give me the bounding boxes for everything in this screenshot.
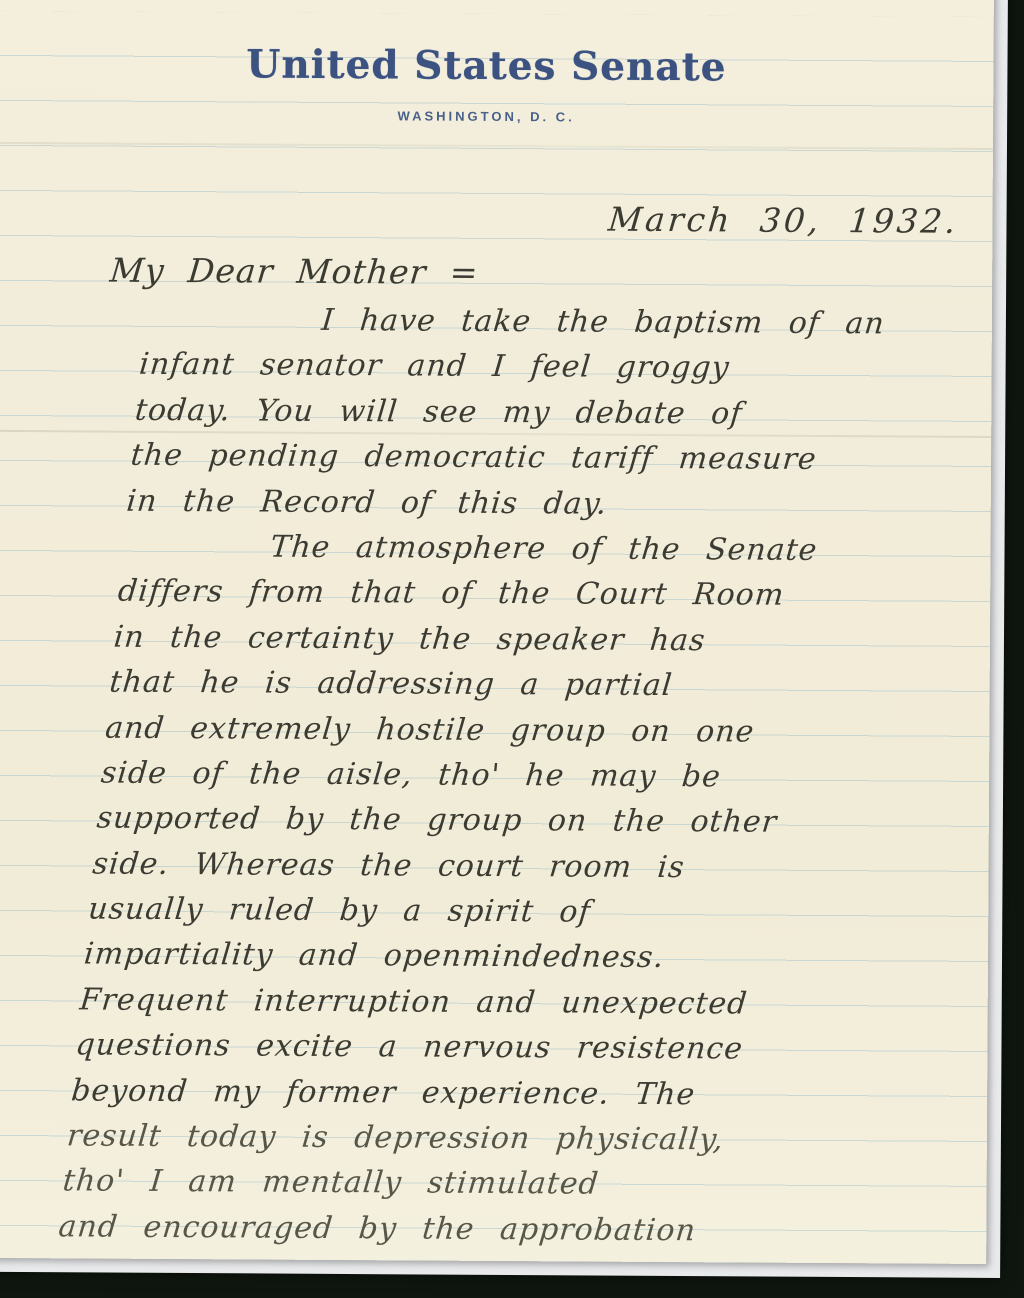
scanned-letter-photo: United States Senate WASHINGTON, D. C. M… <box>0 0 1024 1298</box>
letterhead-title: United States Senate <box>0 40 994 92</box>
handwritten-line: that he is addressing a partial <box>107 660 981 711</box>
handwritten-line: usually ruled by a spirit of <box>86 887 960 938</box>
handwritten-line: side. Whereas the court room is <box>90 841 964 892</box>
handwritten-line: infant senator and I feel groggy <box>137 342 1011 393</box>
handwritten-line: Frequent interruption and unexpected <box>78 977 952 1028</box>
handwritten-line: result today is depression physically, <box>65 1113 939 1164</box>
handwritten-line: and extremely hostile group on one <box>103 705 977 756</box>
handwritten-line: tho' I am mentally stimulated <box>61 1159 935 1210</box>
handwritten-line: today. You will see my debate of <box>133 388 1007 439</box>
handwritten-line: beyond my former experience. The <box>69 1068 943 1119</box>
handwritten-line: supported by the group on the other <box>95 796 969 847</box>
letter-paper: United States Senate WASHINGTON, D. C. M… <box>0 0 994 1264</box>
handwritten-line: I have take the baptism of an <box>141 297 1015 348</box>
handwritten-line: impartiality and openmindedness. <box>82 932 956 983</box>
handwritten-line: side of the aisle, tho' he may be <box>99 750 973 801</box>
handwritten-line: in the certainty the speaker has <box>112 614 986 665</box>
handwritten-line: the pending democratic tariff measure <box>129 433 1003 484</box>
handwritten-line: The atmosphere of the Senate <box>120 524 994 575</box>
letterhead-location: WASHINGTON, D. C. <box>0 106 993 127</box>
handwritten-line: and encouraged by the approbation <box>57 1204 931 1255</box>
paper-crease <box>0 142 993 150</box>
handwritten-line: differs from that of the Court Room <box>116 569 990 620</box>
date-line: March 30, 1932. <box>607 200 961 241</box>
letter-body: I have take the baptism of an infant sen… <box>57 297 1016 1255</box>
handwritten-line: questions excite a nervous resistence <box>73 1023 947 1074</box>
handwritten-line: in the Record of this day. <box>124 478 998 529</box>
salutation-line: My Dear Mother = <box>108 251 480 292</box>
